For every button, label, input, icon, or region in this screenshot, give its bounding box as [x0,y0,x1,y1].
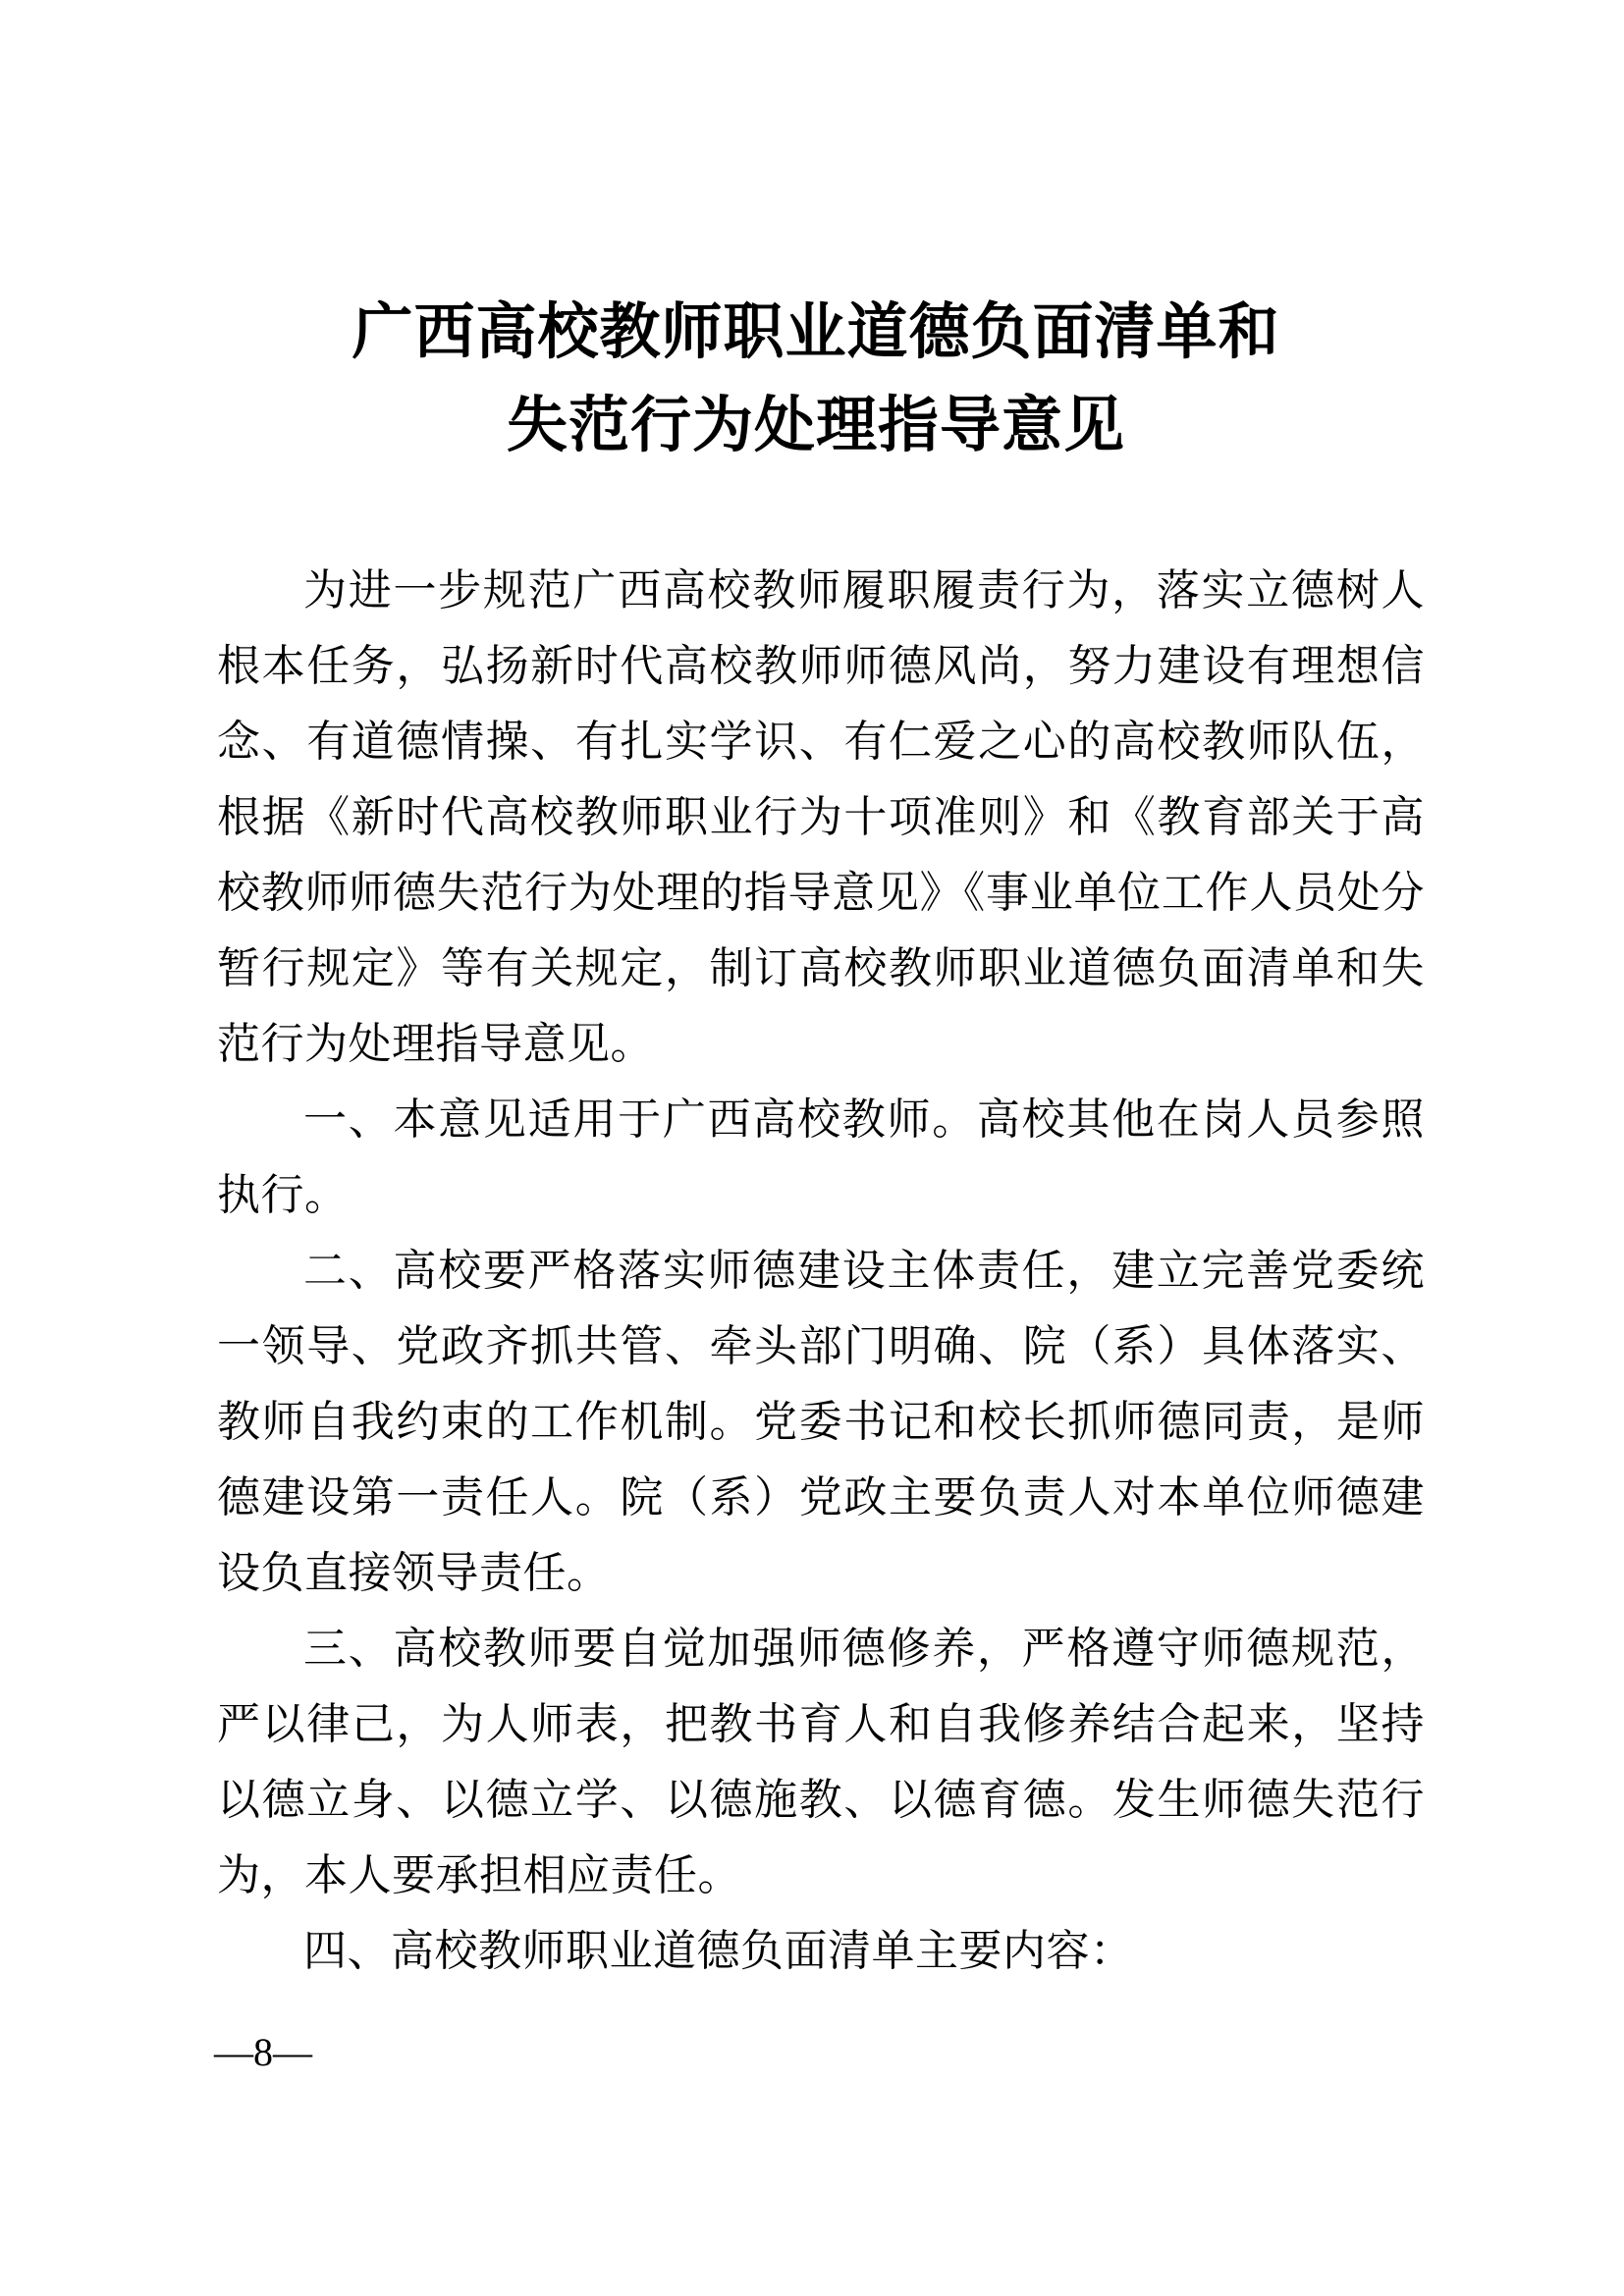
document-title: 广西高校教师职业道德负面清单和 失范行为处理指导意见 [208,287,1424,473]
page-number: —8— [214,2030,312,2075]
paragraph-item-2: 二、高校要严格落实师德建设主体责任，建立完善党委统一领导、党政齐抓共管、牵头部门… [217,1233,1425,1611]
paragraph-intro: 为进一步规范广西高校教师履职履责行为，落实立德树人根本任务，弘扬新时代高校教师师… [217,553,1425,1082]
document-page: 广西高校教师职业道德负面清单和 失范行为处理指导意见 为进一步规范广西高校教师履… [0,0,1624,2296]
title-line-2: 失范行为处理指导意见 [208,380,1424,473]
paragraph-item-1: 一、本意见适用于广西高校教师。高校其他在岗人员参照执行。 [217,1082,1425,1233]
title-line-1: 广西高校教师职业道德负面清单和 [208,287,1424,380]
document-body: 为进一步规范广西高校教师履职履责行为，落实立德树人根本任务，弘扬新时代高校教师师… [217,553,1425,1989]
paragraph-item-4: 四、高校教师职业道德负面清单主要内容： [217,1913,1425,1989]
paragraph-item-3: 三、高校教师要自觉加强师德修养，严格遵守师德规范，严以律己，为人师表，把教书育人… [217,1611,1425,1913]
